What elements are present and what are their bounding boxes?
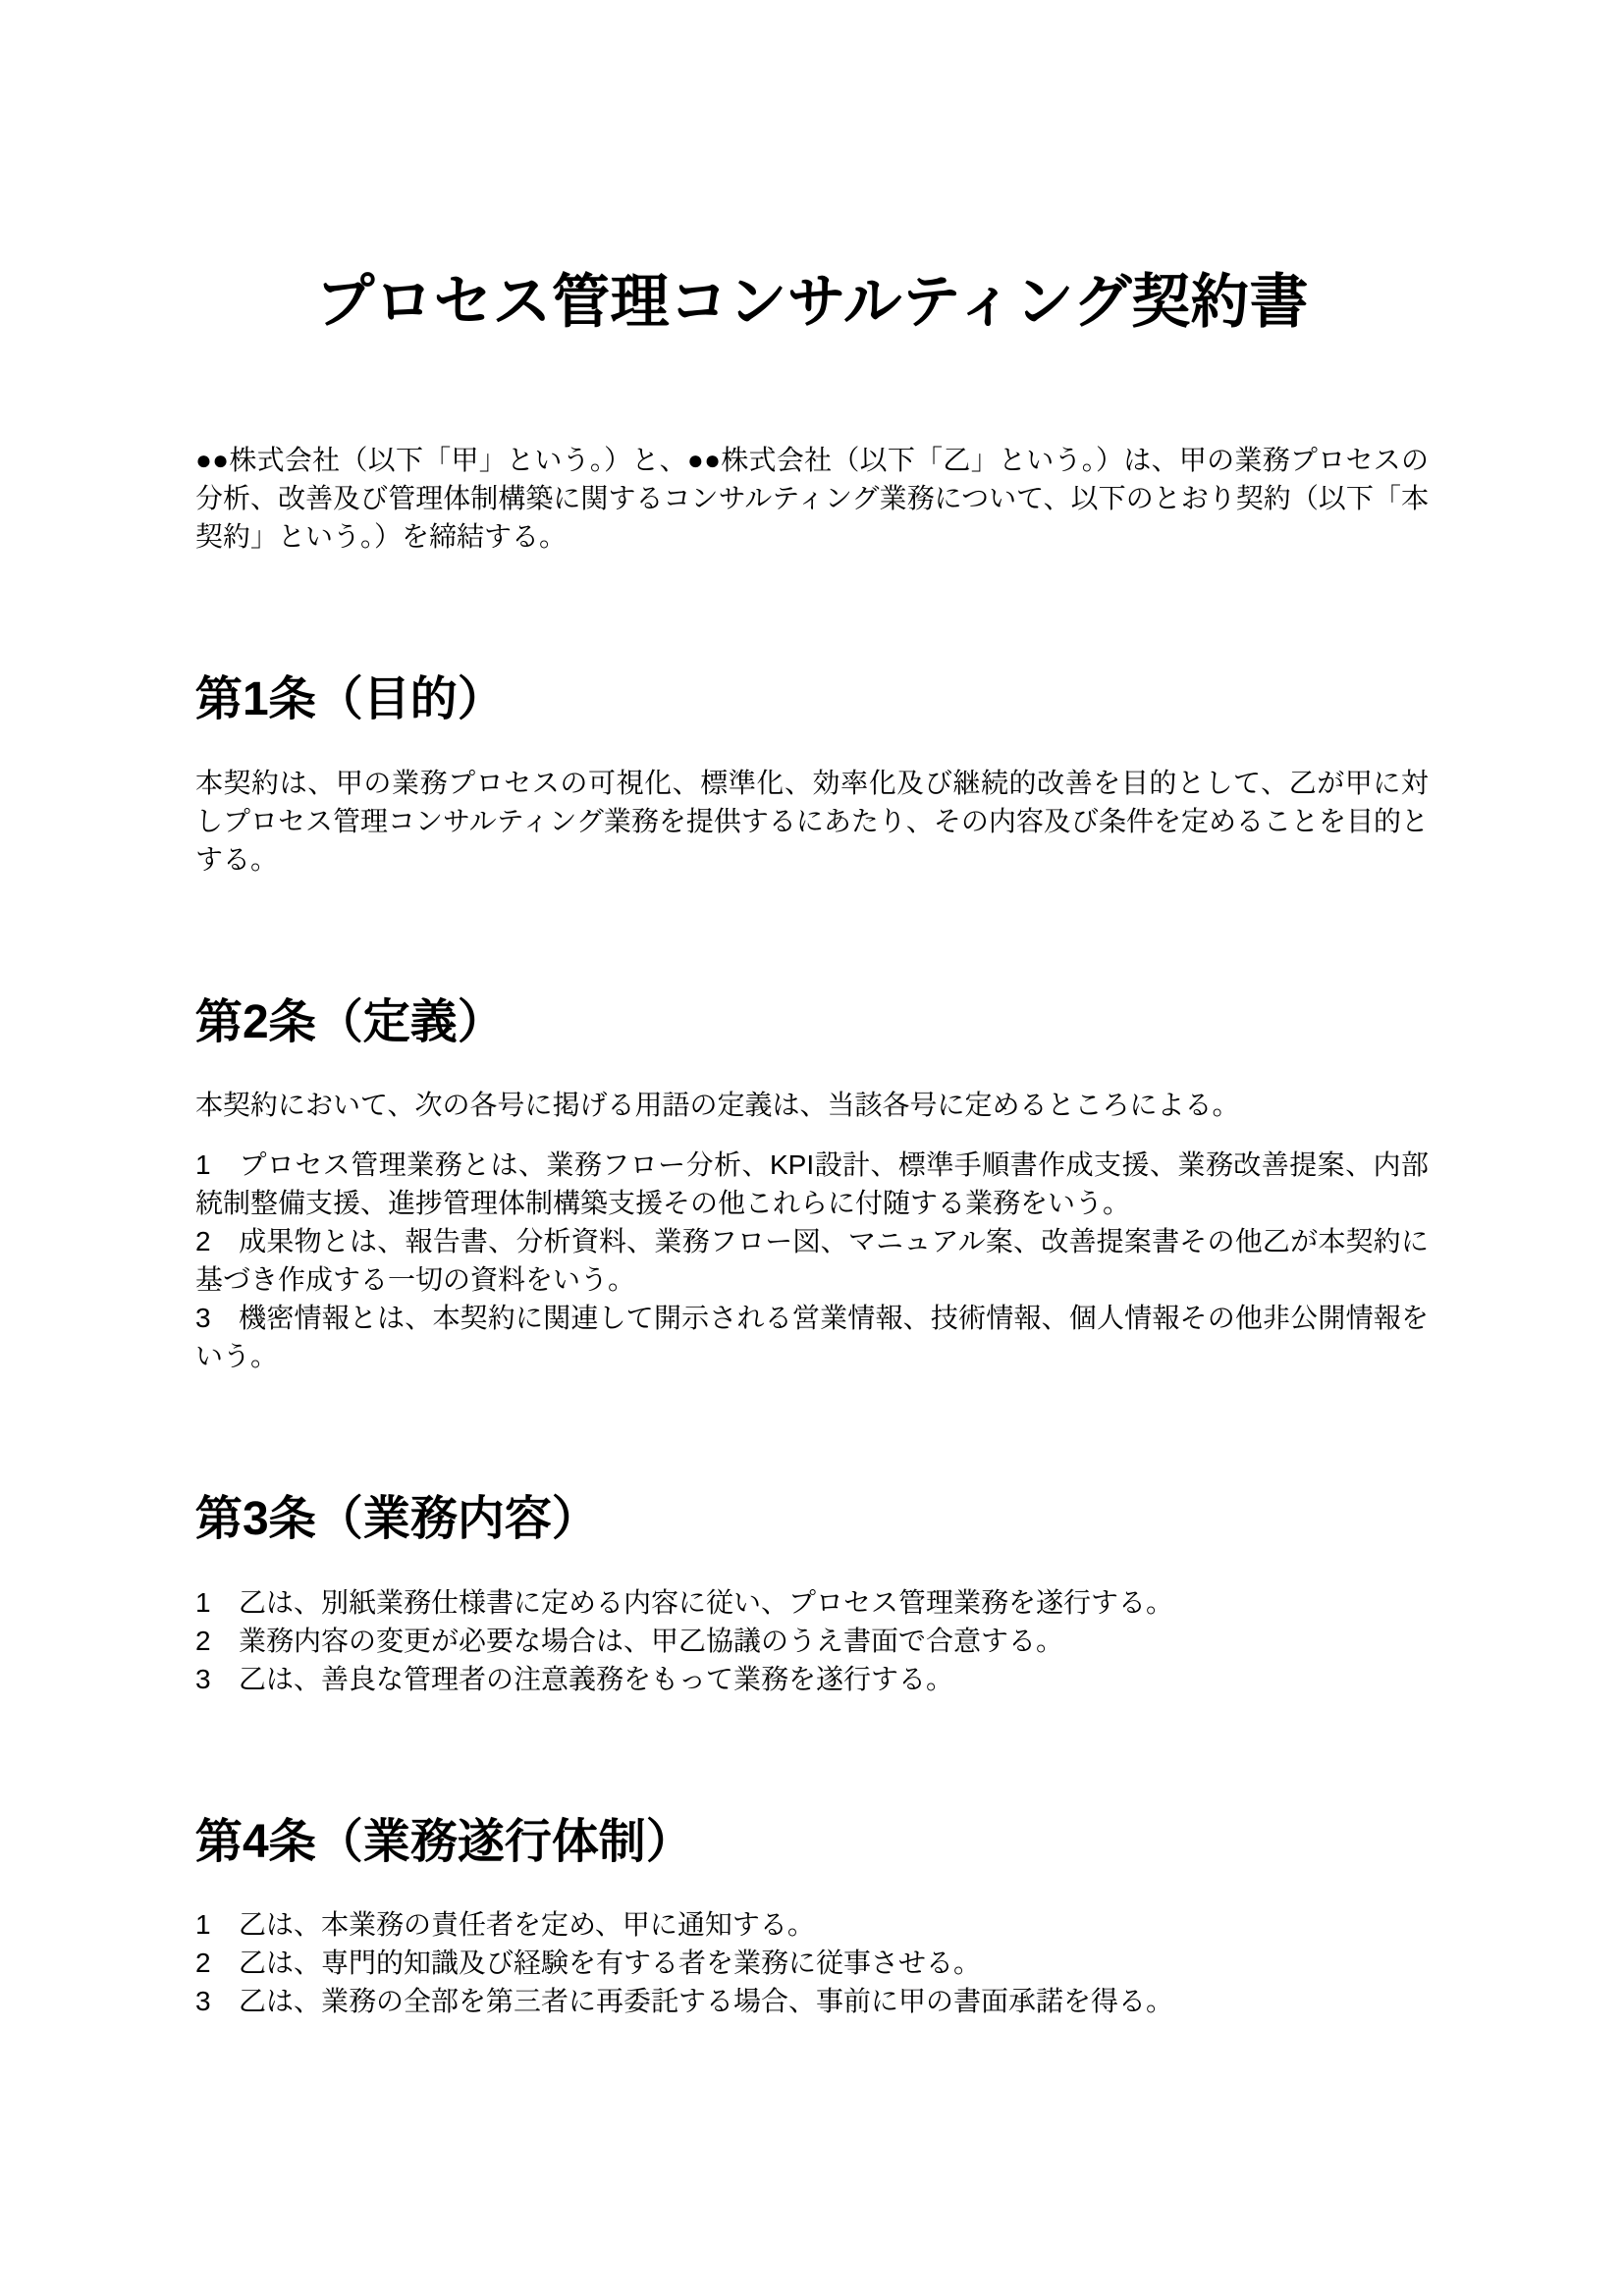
document-title: プロセス管理コンサルティング契約書 <box>195 271 1429 333</box>
article-3-items: 1乙は、別紙業務仕様書に定める内容に従い、プロセス管理業務を遂行する。 2業務内… <box>195 1583 1429 1698</box>
item-number: 2 <box>195 1222 239 1260</box>
article-3-heading: 第3条（業務内容） <box>195 1491 1429 1548</box>
item-text: プロセス管理業務とは、業務フロー分析、KPI設計、標準手順書作成支援、業務改善提… <box>195 1149 1429 1218</box>
item-number: 3 <box>195 1299 239 1337</box>
article-3: 第3条（業務内容） 1乙は、別紙業務仕様書に定める内容に従い、プロセス管理業務を… <box>195 1491 1429 1698</box>
item-number: 1 <box>195 1583 239 1622</box>
item-number: 3 <box>195 1660 239 1698</box>
item-number: 2 <box>195 1622 239 1660</box>
article-2-item-2: 2成果物とは、報告書、分析資料、業務フロー図、マニュアル案、改善提案書その他乙が… <box>195 1222 1429 1299</box>
article-2-items: 1プロセス管理業務とは、業務フロー分析、KPI設計、標準手順書作成支援、業務改善… <box>195 1146 1429 1375</box>
article-3-item-2: 2業務内容の変更が必要な場合は、甲乙協議のうえ書面で合意する。 <box>195 1622 1429 1660</box>
article-1-body: 本契約は、甲の業務プロセスの可視化、標準化、効率化及び継続的改善を目的として、乙… <box>195 764 1429 879</box>
item-text: 乙は、業務の全部を第三者に再委託する場合、事前に甲の書面承諾を得る。 <box>239 1986 1173 2016</box>
item-text: 乙は、善良な管理者の注意義務をもって業務を遂行する。 <box>239 1664 953 1694</box>
article-4-heading: 第4条（業務遂行体制） <box>195 1814 1429 1871</box>
item-text: 乙は、別紙業務仕様書に定める内容に従い、プロセス管理業務を遂行する。 <box>239 1587 1173 1618</box>
item-text: 乙は、本業務の責任者を定め、甲に通知する。 <box>239 1909 815 1940</box>
article-2: 第2条（定義） 本契約において、次の各号に掲げる用語の定義は、当該各号に定めると… <box>195 994 1429 1376</box>
item-text: 機密情報とは、本契約に関連して開示される営業情報、技術情報、個人情報その他非公開… <box>195 1303 1429 1371</box>
article-4-item-3: 3乙は、業務の全部を第三者に再委託する場合、事前に甲の書面承諾を得る。 <box>195 1982 1429 2020</box>
article-4-item-1: 1乙は、本業務の責任者を定め、甲に通知する。 <box>195 1905 1429 1944</box>
preamble-paragraph: ●●株式会社（以下「甲」という。）と、●●株式会社（以下「乙」という。）は、甲の… <box>195 441 1429 556</box>
contract-document-page: プロセス管理コンサルティング契約書 ●●株式会社（以下「甲」という。）と、●●株… <box>0 0 1624 2296</box>
article-1-heading: 第1条（目的） <box>195 671 1429 728</box>
item-number: 3 <box>195 1982 239 2020</box>
item-number: 1 <box>195 1905 239 1944</box>
article-4: 第4条（業務遂行体制） 1乙は、本業務の責任者を定め、甲に通知する。 2乙は、専… <box>195 1814 1429 2021</box>
article-2-body: 本契約において、次の各号に掲げる用語の定義は、当該各号に定めるところによる。 <box>195 1086 1429 1124</box>
article-3-item-1: 1乙は、別紙業務仕様書に定める内容に従い、プロセス管理業務を遂行する。 <box>195 1583 1429 1622</box>
article-3-item-3: 3乙は、善良な管理者の注意義務をもって業務を遂行する。 <box>195 1660 1429 1698</box>
article-2-heading: 第2条（定義） <box>195 994 1429 1051</box>
article-4-items: 1乙は、本業務の責任者を定め、甲に通知する。 2乙は、専門的知識及び経験を有する… <box>195 1905 1429 2020</box>
article-2-item-3: 3機密情報とは、本契約に関連して開示される営業情報、技術情報、個人情報その他非公… <box>195 1299 1429 1375</box>
article-2-item-1: 1プロセス管理業務とは、業務フロー分析、KPI設計、標準手順書作成支援、業務改善… <box>195 1146 1429 1222</box>
article-1: 第1条（目的） 本契約は、甲の業務プロセスの可視化、標準化、効率化及び継続的改善… <box>195 671 1429 879</box>
item-text: 成果物とは、報告書、分析資料、業務フロー図、マニュアル案、改善提案書その他乙が本… <box>195 1226 1429 1295</box>
item-text: 業務内容の変更が必要な場合は、甲乙協議のうえ書面で合意する。 <box>239 1626 1063 1656</box>
item-text: 乙は、専門的知識及び経験を有する者を業務に従事させる。 <box>239 1948 981 1978</box>
item-number: 1 <box>195 1146 239 1184</box>
item-number: 2 <box>195 1944 239 1982</box>
article-4-item-2: 2乙は、専門的知識及び経験を有する者を業務に従事させる。 <box>195 1944 1429 1982</box>
